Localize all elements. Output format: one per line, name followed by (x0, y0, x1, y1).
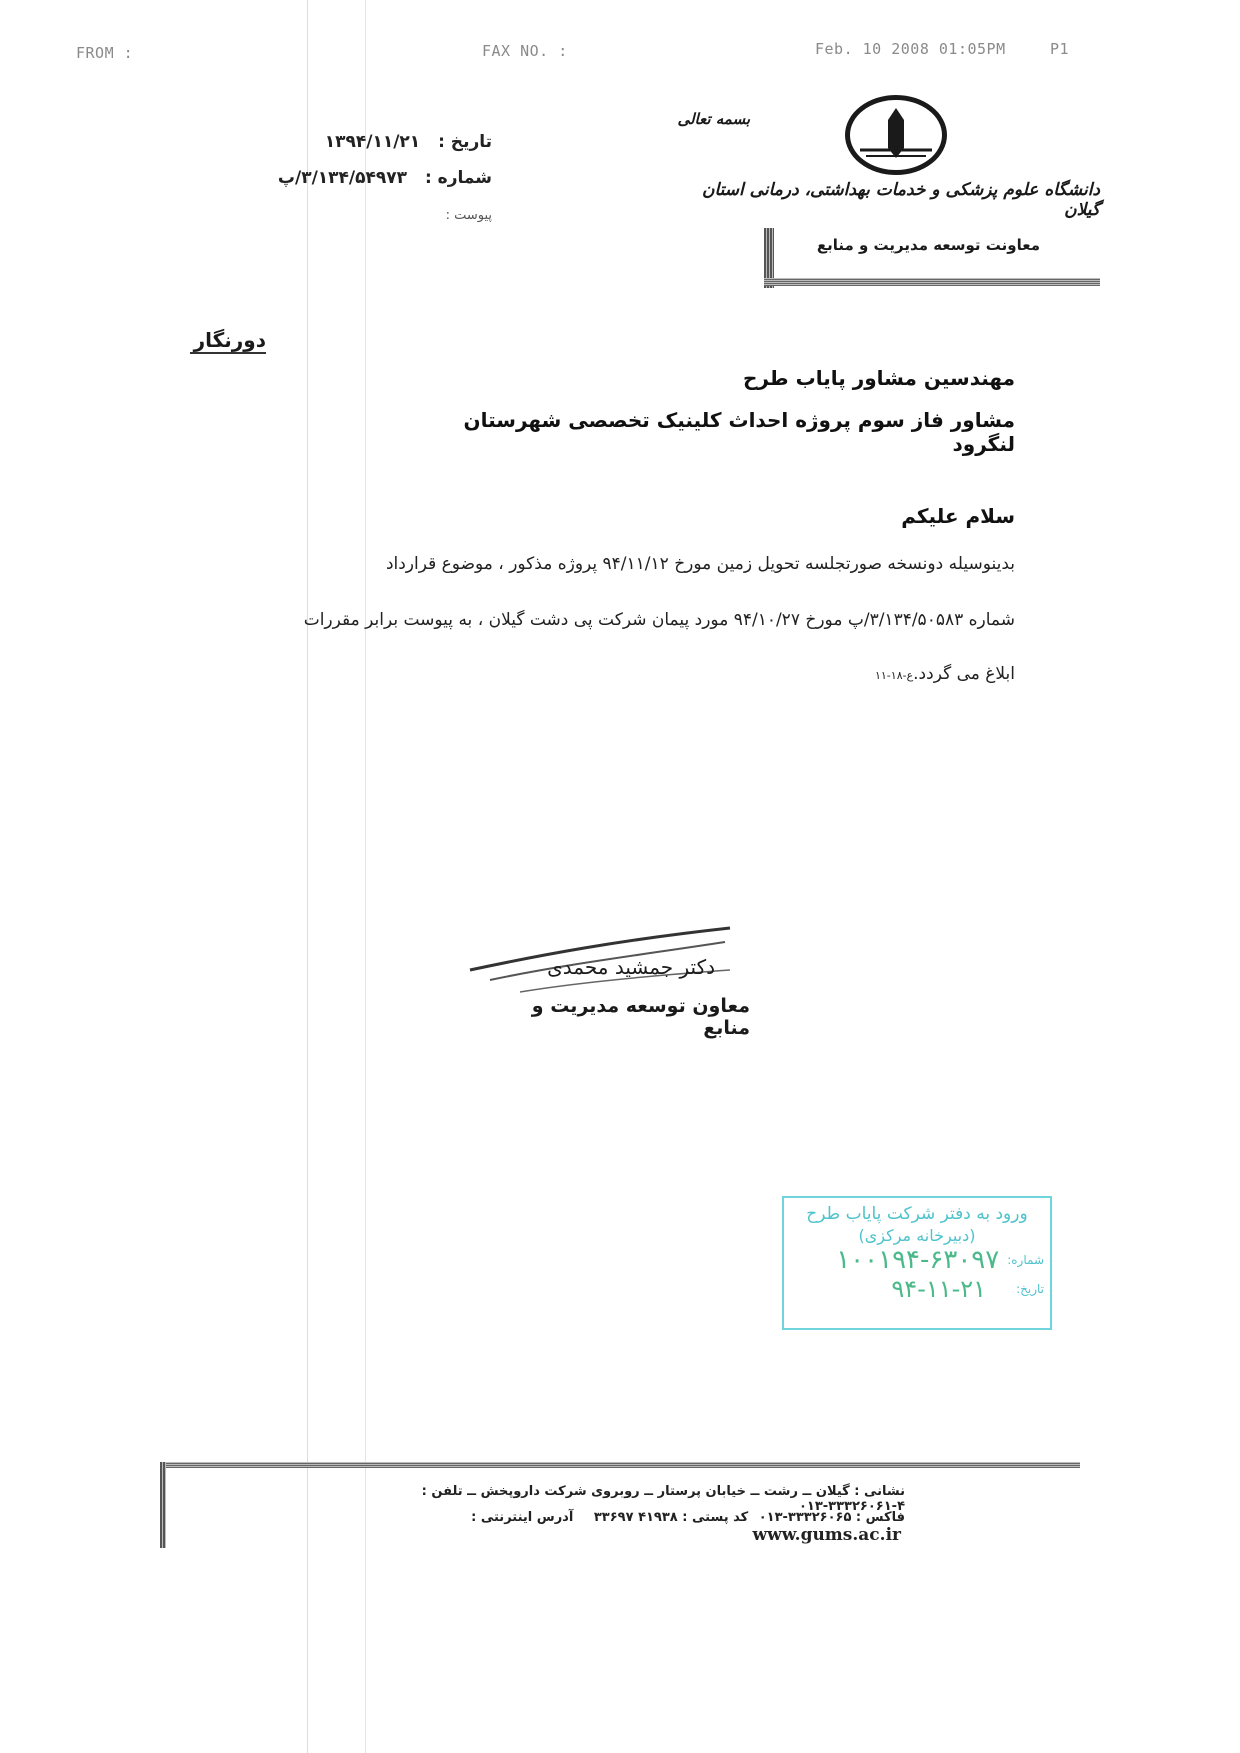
stamp-date-row: تاریخ: ۹۴-۱۱-۲۱ (784, 1275, 1050, 1303)
fax-mark: دورنگار (190, 328, 266, 354)
stamp-date-value: ۹۴-۱۱-۲۱ (891, 1275, 986, 1303)
university-name: دانشگاه علوم پزشکی و خدمات بهداشتی، درما… (700, 180, 1100, 220)
recipient-line-2: مشاور فاز سوم پروژه احداث کلینیک تخصصی ش… (420, 408, 1015, 456)
stamp-line-2: (دبیرخانه مرکزی) (784, 1226, 1050, 1245)
fax-from-label: FROM : (76, 44, 133, 62)
ref-code: ع-۱۸-۱۱ (875, 669, 913, 682)
wheat-icon (850, 100, 942, 170)
recipient-line-1: مهندسین مشاور پایاب طرح (560, 366, 1015, 390)
footer-postal: کد پستی : ۴۱۹۳۸ ۳۳۶۹۷ (594, 1510, 748, 1525)
received-stamp: ورود به دفتر شرکت پایاب طرح (دبیرخانه مر… (782, 1196, 1052, 1330)
greeting: سلام علیکم (800, 504, 1015, 528)
number-label: شماره : (425, 168, 492, 188)
stamp-line-1: ورود به دفتر شرکت پایاب طرح (784, 1204, 1050, 1224)
stamp-number-label: شماره: (1007, 1253, 1044, 1267)
body-closing: ابلاغ می گردد. (913, 664, 1015, 684)
stamp-number-row: شماره: ۱۰۰۱۹۴-۶۳۰۹۷ (784, 1245, 1050, 1275)
footer-rule-vertical (160, 1462, 166, 1548)
number-row: شماره : ۳/۱۳۴/۵۴۹۷۳/پ (240, 168, 492, 188)
stamp-number-value: ۱۰۰۱۹۴-۶۳۰۹۷ (836, 1245, 999, 1275)
body-line-1: بدینوسیله دونسخه صورتجلسه تحویل زمین مور… (195, 554, 1015, 574)
fax-page: P1 (1050, 40, 1069, 58)
footer-rule-horizontal (160, 1462, 1080, 1468)
university-emblem-icon (845, 95, 947, 175)
signatory-name: دکتر جمشید محمدی (500, 955, 715, 979)
footer-website-link[interactable]: www.gums.ac.ir (752, 1525, 901, 1545)
body-line-2: شماره ۳/۱۳۴/۵۰۵۸۳/پ مورخ ۹۴/۱۰/۲۷ مورد پ… (195, 610, 1015, 630)
number-value: ۳/۱۳۴/۵۴۹۷۳/پ (278, 168, 407, 188)
letterhead-bar-horizontal (764, 278, 1100, 286)
department-name: معاونت توسعه مدیریت و منابع (790, 236, 1040, 254)
bismillah: بسمه تعالی (660, 110, 750, 128)
date-row: تاریخ : ۱۳۹۴/۱۱/۲۱ (260, 132, 492, 152)
body-line-3: ابلاغ می گردد.ع-۱۸-۱۱ (795, 664, 1015, 684)
attachment-label: پیوست : (400, 208, 492, 223)
date-label: تاریخ : (438, 132, 492, 152)
footer-contact-row: فاکس : ۳۳۳۲۶۰۶۵-۰۱۳ کد پستی : ۴۱۹۳۸ ۳۳۶۹… (330, 1510, 905, 1545)
footer-web-label: آدرس اینترنتی : (471, 1510, 573, 1525)
footer-fax: فاکس : ۳۳۳۲۶۰۶۵-۰۱۳ (759, 1510, 905, 1525)
fax-number-label: FAX NO. : (482, 42, 568, 60)
date-value: ۱۳۹۴/۱۱/۲۱ (325, 132, 420, 152)
signatory-title: معاون توسعه مدیریت و منابع (480, 995, 750, 1039)
scan-line (307, 0, 308, 1753)
fax-timestamp: Feb. 10 2008 01:05PM (815, 40, 1006, 58)
stamp-date-label: تاریخ: (1016, 1282, 1044, 1296)
